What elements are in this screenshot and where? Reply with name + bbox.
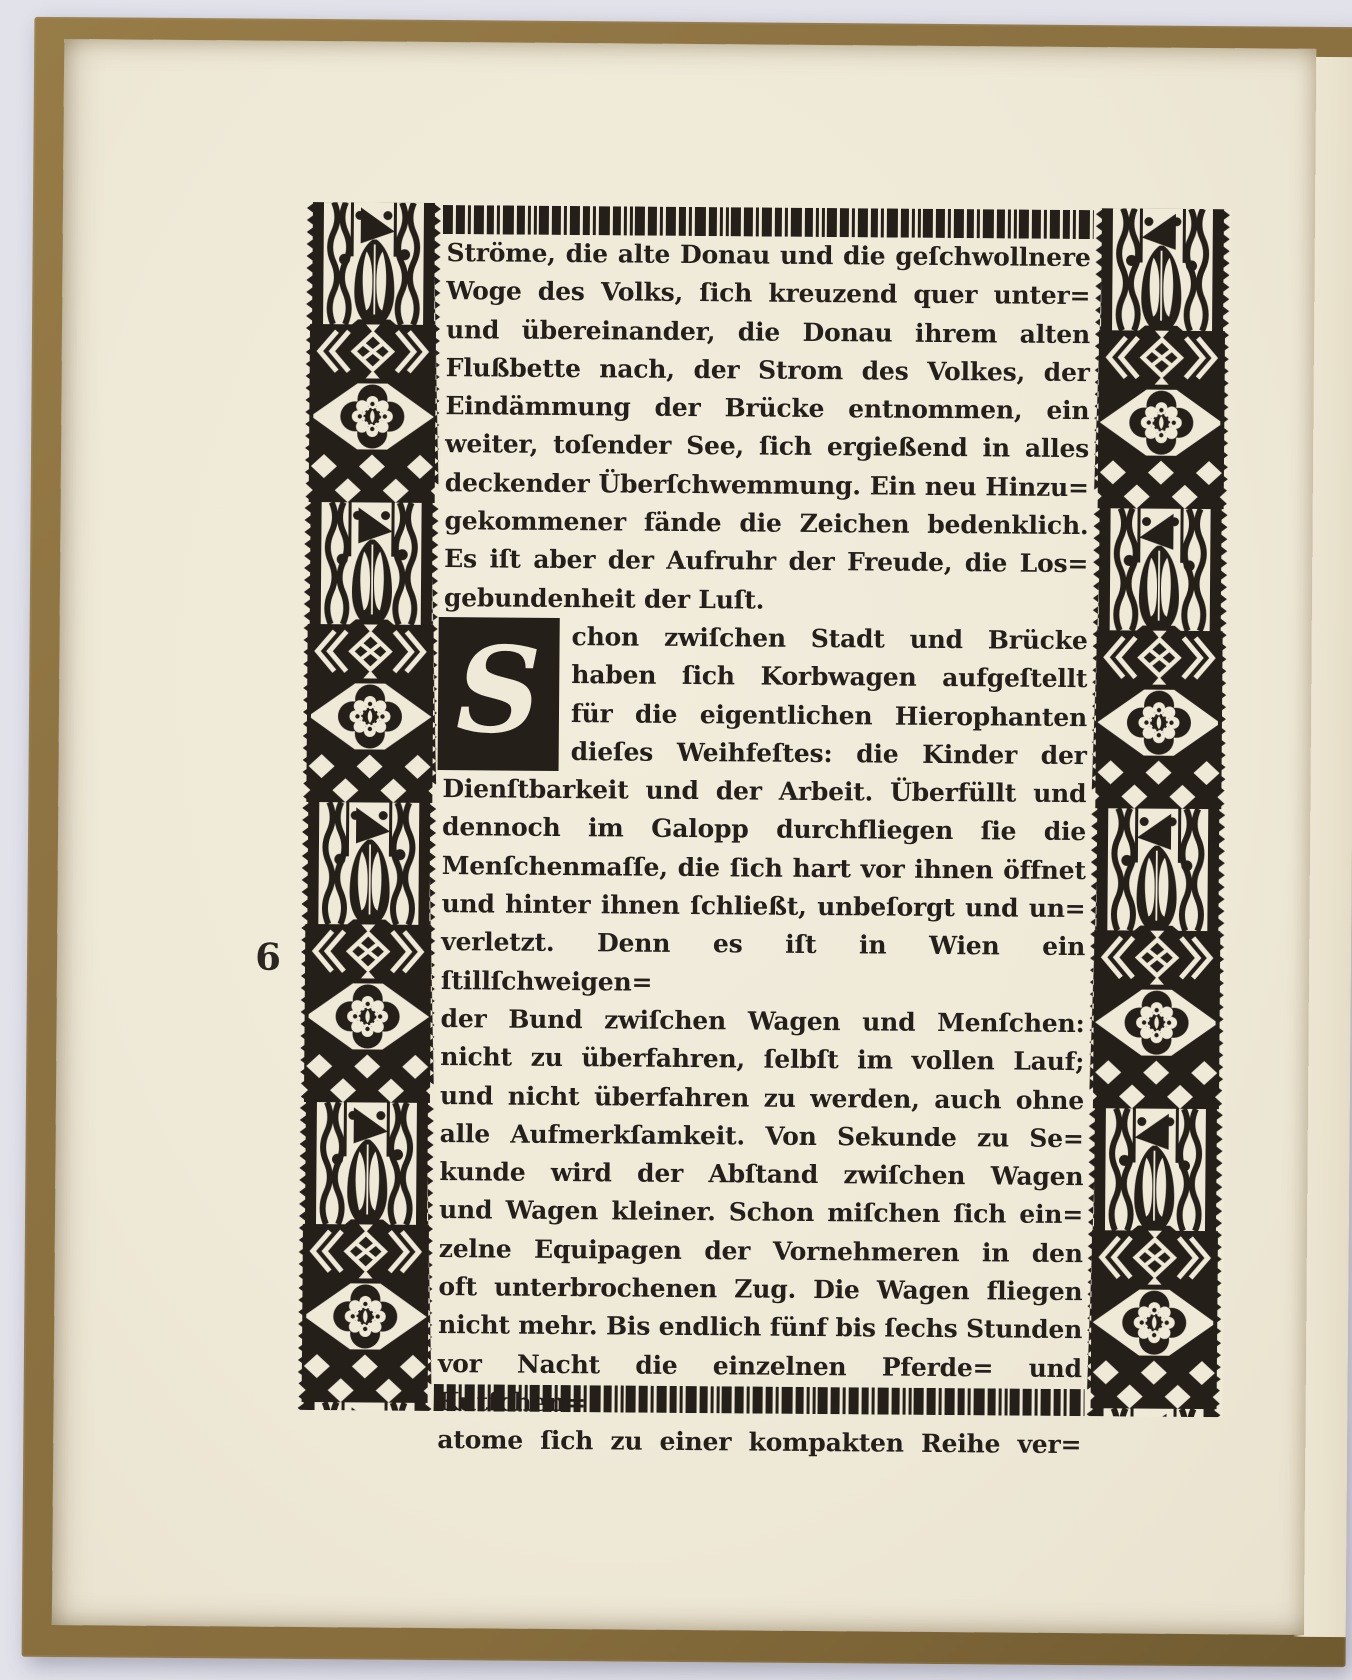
text-line: Woge des Volks, ſich kreuzend quer unter…: [446, 272, 1090, 315]
text-line: nicht mehr. Bis endlich fünf bis ſechs S…: [438, 1306, 1082, 1349]
text-line: deckender Überſchwemmung. Ein neu Hinzu=: [445, 464, 1089, 507]
page-number: 6: [243, 936, 293, 976]
text-line: Es iſt aber der Aufruhr der Freude, die …: [444, 540, 1088, 583]
text-line: nicht zu überfahren, ſelbſt im vollen La…: [440, 1038, 1084, 1081]
text-line: chon zwiſchen Stadt und Brücke: [571, 618, 1087, 660]
text-line: Dienſtbarkeit und der Arbeit. Überfüllt …: [442, 770, 1086, 813]
text-line: dennoch im Galopp durchfliegen ſie die: [442, 809, 1086, 852]
text-line: und hinter ihnen ſchließt, unbeſorgt und…: [441, 885, 1085, 928]
text-line: Ströme, die alte Donau und die geſchwoll…: [446, 234, 1090, 277]
text-line: verletzt. Denn es iſt in Wien ein ſtillſ…: [441, 923, 1086, 1005]
body-text: Ströme, die alte Donau und die geſchwoll…: [437, 234, 1091, 1465]
text-line: alle Aufmerkſamkeit. Von Sekunde zu Se=: [440, 1115, 1084, 1158]
text-line: haben ſich Korbwagen aufgeſtellt: [571, 656, 1087, 698]
text-line: und nicht überfahren zu werden, auch ohn…: [440, 1077, 1084, 1120]
text-line: gebundenheit der Luſt.: [444, 579, 1088, 622]
text-line: Menſchenmaſſe, die ſich hart vor ihnen ö…: [442, 847, 1086, 890]
text-line: oft unterbrochenen Zug. Die Wagen fliege…: [438, 1268, 1082, 1311]
text-line: zelne Equipagen der Vornehmeren in den: [439, 1230, 1083, 1273]
text-line: und übereinander, die Donau ihrem alten: [446, 311, 1090, 354]
ornament-border-left: [296, 202, 443, 1411]
text-line: gekommener fände die Zeichen bedenklich.: [444, 502, 1088, 545]
ornament-border-right: [1085, 208, 1232, 1417]
text-line: vor Nacht die einzelnen Pferde= und Kutſ…: [437, 1345, 1082, 1427]
text-line: weiter, toſender See, ſich ergießend in …: [445, 426, 1089, 469]
text-line: für die eigentlichen Hierophanten: [571, 695, 1087, 737]
book-page: 6 S Ströme, die alte Donau und die geſch…: [52, 39, 1316, 1635]
text-line: dieſes Weihfeſtes: die Kinder der: [571, 733, 1087, 775]
text-line: und Wagen kleiner. Schon miſchen ſich ei…: [439, 1191, 1083, 1234]
text-line: atome ſich zu einer kompakten Reihe ver=: [437, 1421, 1081, 1464]
scanned-book: 6 S Ströme, die alte Donau und die geſch…: [22, 17, 1352, 1667]
text-line: Flußbette nach, der Strom des Volkes, de…: [446, 349, 1090, 392]
text-line: kunde wird der Abſtand zwiſchen Wagen: [439, 1153, 1083, 1196]
text-line: der Bund zwiſchen Wagen und Menſchen:: [440, 1000, 1084, 1043]
text-line: Eindämmung der Brücke entnommen, ein: [445, 387, 1089, 430]
